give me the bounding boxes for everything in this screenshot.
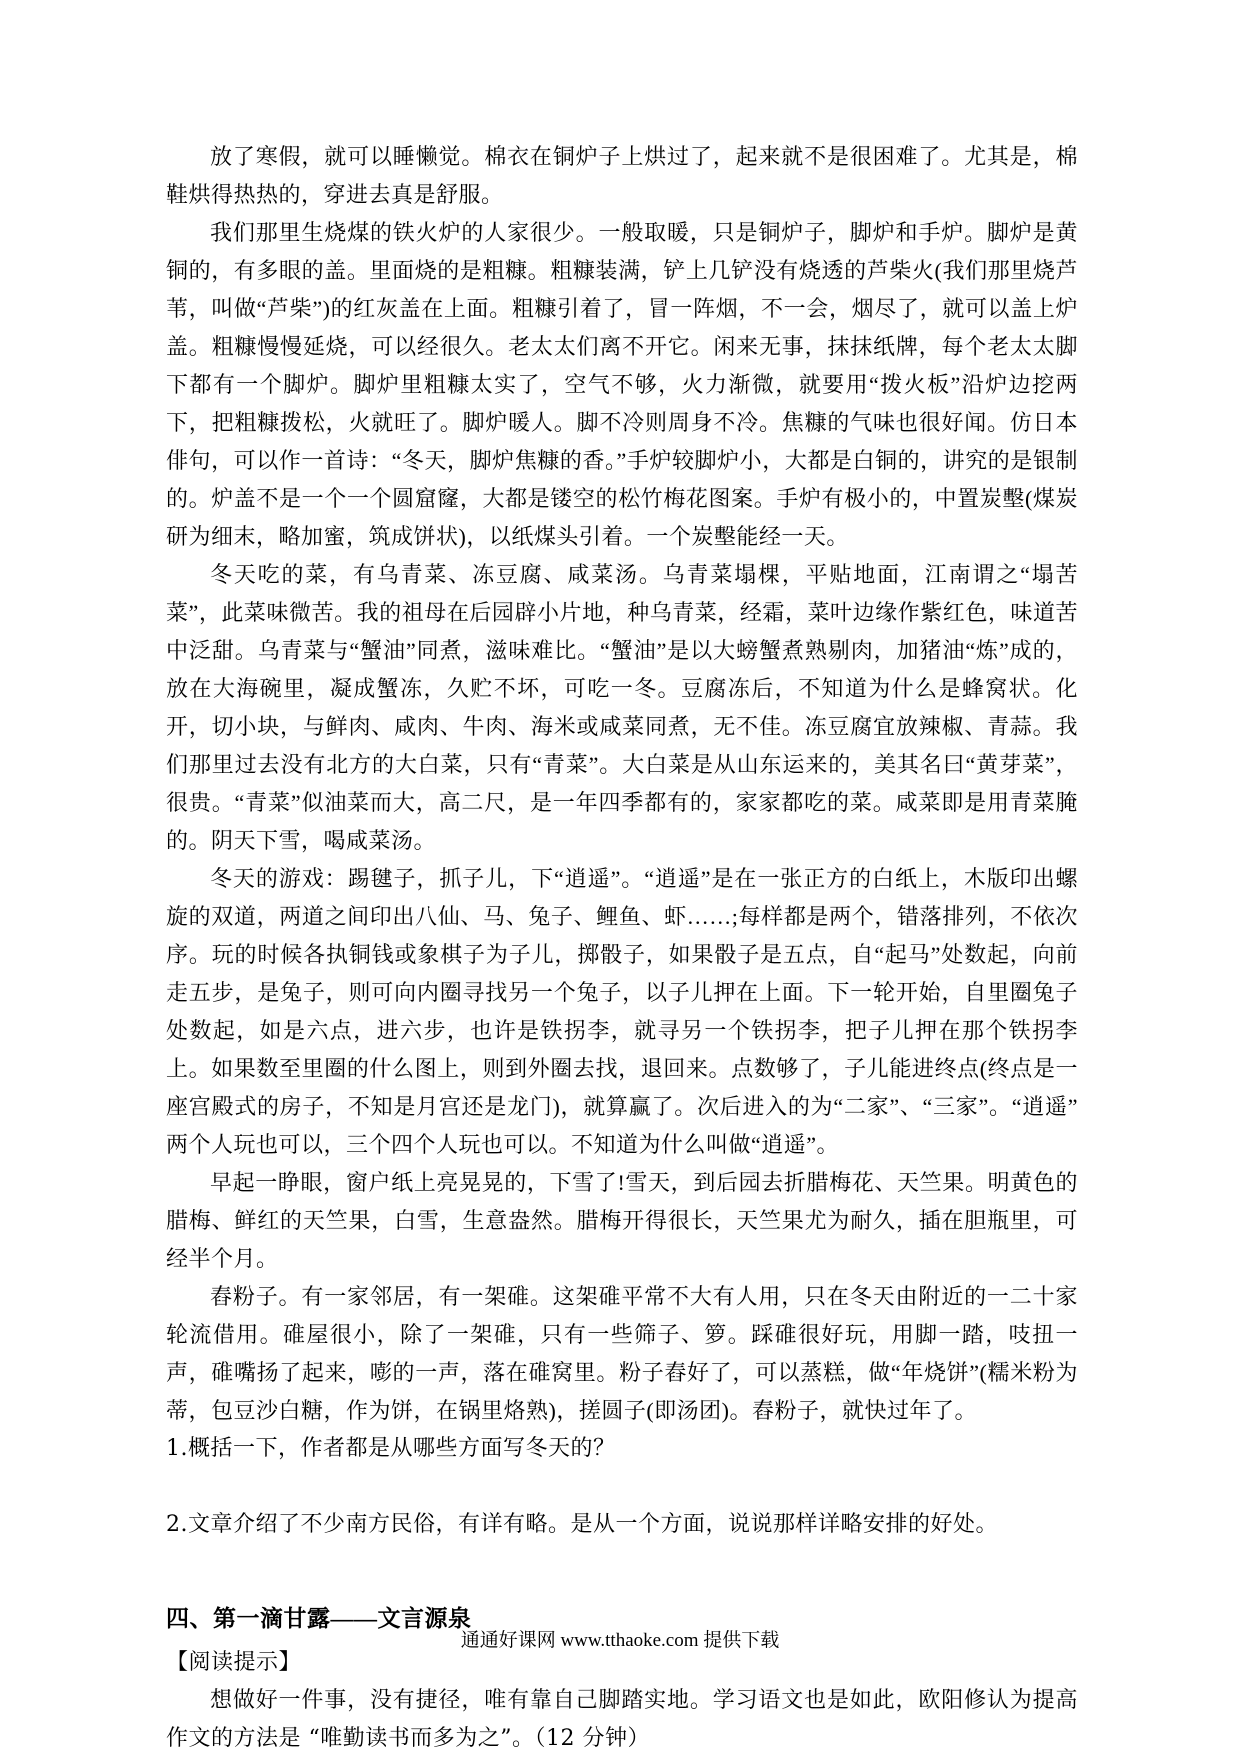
question-2: 2.文章介绍了不少南方民俗，有详有略。是从一个方面，说说那样详略安排的好处。 bbox=[166, 1506, 1078, 1544]
page-footer: 通通好课网 www.tthaoke.com 提供下载 bbox=[0, 1628, 1240, 1654]
paragraph-winter-games: 冬天的游戏：踢毽子，抓子儿，下“逍遥”。“逍遥”是在一张正方的白纸上，木版印出螺… bbox=[166, 860, 1078, 1164]
paragraph-pounding-rice: 舂粉子。有一家邻居，有一架碓。这架碓平常不大有人用，只在冬天由附近的一二十家轮流… bbox=[166, 1278, 1078, 1430]
question-1: 1.概括一下，作者都是从哪些方面写冬天的？ bbox=[166, 1430, 1078, 1468]
reading-hint-paragraph: 想做好一件事，没有捷径，唯有靠自己脚踏实地。学习语文也是如此，欧阳修认为提高作文… bbox=[166, 1682, 1078, 1754]
document-page: 放了寒假，就可以睡懒觉。棉衣在铜炉子上烘过了，起来就不是很困难了。尤其是，棉鞋烘… bbox=[0, 0, 1240, 1754]
paragraph-winter-dishes: 冬天吃的菜，有乌青菜、冻豆腐、咸菜汤。乌青菜塌棵，平贴地面，江南谓之“塌苦菜”，… bbox=[166, 556, 1078, 860]
paragraph-snow-day: 早起一睁眼，窗户纸上亮晃晃的，下雪了!雪天，到后园去折腊梅花、天竺果。明黄色的腊… bbox=[166, 1164, 1078, 1278]
paragraph-sleeping-in: 放了寒假，就可以睡懒觉。棉衣在铜炉子上烘过了，起来就不是很困难了。尤其是，棉鞋烘… bbox=[166, 138, 1078, 214]
paragraph-stoves: 我们那里生烧煤的铁火炉的人家很少。一般取暖，只是铜炉子，脚炉和手炉。脚炉是黄铜的… bbox=[166, 214, 1078, 556]
document-body: 放了寒假，就可以睡懒觉。棉衣在铜炉子上烘过了，起来就不是很困难了。尤其是，棉鞋烘… bbox=[166, 138, 1078, 1754]
